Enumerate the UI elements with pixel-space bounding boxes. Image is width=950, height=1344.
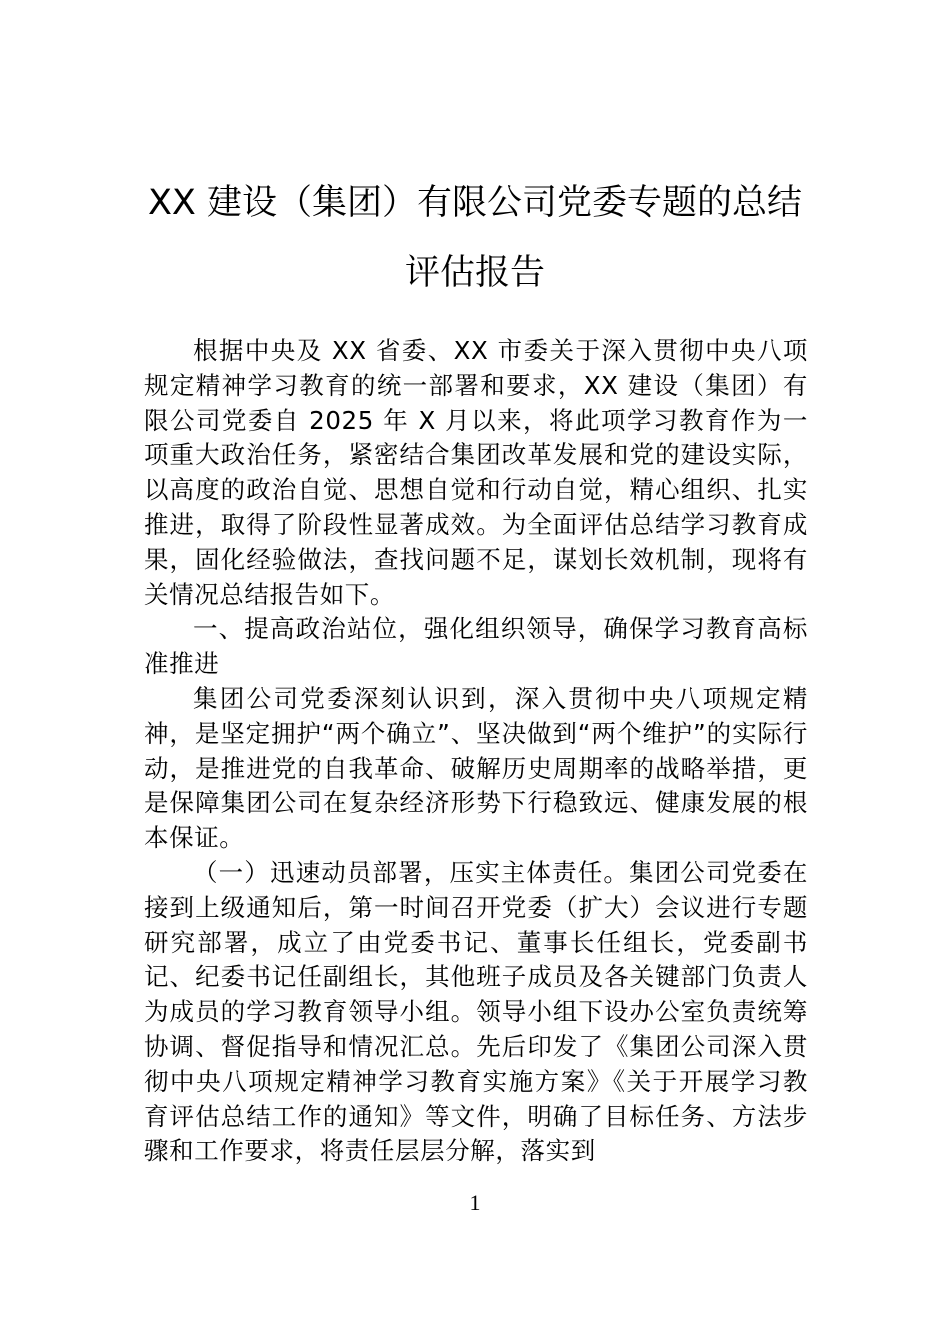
section-1-paragraph: 集团公司党委深刻认识到，深入贯彻中央八项规定精神，是坚定拥护“两个确立”、坚决做… xyxy=(144,682,808,856)
title-line-1: XX 建设（集团）有限公司党委专题的总结 xyxy=(120,168,830,238)
page-number: 1 xyxy=(0,1190,950,1216)
section-heading-1: 一、提高政治站位，强化组织领导，确保学习教育高标准推进 xyxy=(144,612,808,682)
document-body: 根据中央及 XX 省委、XX 市委关于深入贯彻中央八项规定精神学习教育的统一部署… xyxy=(144,334,808,1169)
document-page: XX 建设（集团）有限公司党委专题的总结 评估报告 根据中央及 XX 省委、XX… xyxy=(0,0,950,1344)
intro-paragraph: 根据中央及 XX 省委、XX 市委关于深入贯彻中央八项规定精神学习教育的统一部署… xyxy=(144,334,808,612)
title-line-2: 评估报告 xyxy=(120,238,830,308)
subsection-1-paragraph: （一）迅速动员部署，压实主体责任。集团公司党委在接到上级通知后，第一时间召开党委… xyxy=(144,856,808,1169)
document-title: XX 建设（集团）有限公司党委专题的总结 评估报告 xyxy=(120,168,830,308)
